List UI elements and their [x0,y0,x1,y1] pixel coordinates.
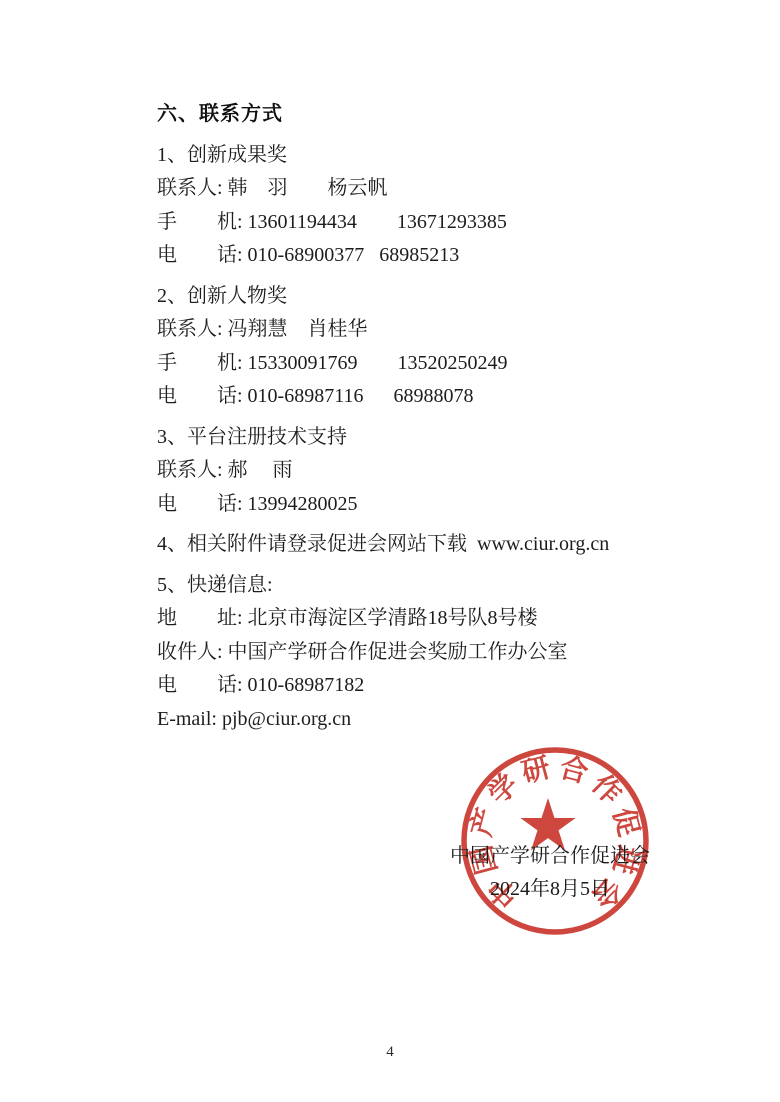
contact-section-1: 1、创新成果奖 联系人: 韩 羽 杨云帆 手 机: 13601194434 13… [157,139,697,273]
seal-star-icon [520,798,575,850]
contact-section-3: 3、平台注册技术支持 联系人: 郝 雨 电 话: 13994280025 [157,421,697,522]
contact-line: 联系人: 冯翔慧 肖桂华 [157,313,697,347]
contact-line: E-mail: pjb@ciur.org.cn [157,703,697,737]
section-title-with-url: 4、相关附件请登录促进会网站下载 www.ciur.org.cn [157,528,697,562]
contact-line: 收件人: 中国产学研合作促进会奖励工作办公室 [157,636,697,670]
official-seal: 中国产学研合作促进会 [448,733,662,949]
contact-section-5: 5、快递信息: 地 址: 北京市海淀区学清路18号队8号楼 收件人: 中国产学研… [157,569,697,737]
signature-date: 2024年8月5日 [430,877,670,901]
contact-line: 电 话: 010-68900377 68985213 [157,239,697,273]
section-title: 2、创新人物奖 [157,280,697,314]
contact-section-4: 4、相关附件请登录促进会网站下载 www.ciur.org.cn [157,528,697,562]
contact-line: 手 机: 13601194434 13671293385 [157,206,697,240]
contact-section-2: 2、创新人物奖 联系人: 冯翔慧 肖桂华 手 机: 15330091769 13… [157,280,697,414]
page-title: 六、联系方式 [157,98,697,132]
contact-line: 手 机: 15330091769 13520250249 [157,347,697,381]
section-title: 1、创新成果奖 [157,139,697,173]
contact-line: 联系人: 韩 羽 杨云帆 [157,172,697,206]
document-body: 六、联系方式 1、创新成果奖 联系人: 韩 羽 杨云帆 手 机: 1360119… [157,98,697,736]
section-title: 3、平台注册技术支持 [157,421,697,455]
contact-line: 电 话: 010-68987182 [157,669,697,703]
svg-text:学: 学 [482,768,524,810]
contact-line: 地 址: 北京市海淀区学清路18号队8号楼 [157,602,697,636]
signature-org-name: 中国产学研合作促进会 [430,844,670,868]
svg-text:作: 作 [585,768,627,810]
section-title: 5、快递信息: [157,569,697,603]
page-number: 4 [0,1044,780,1061]
contact-line: 联系人: 郝 雨 [157,454,697,488]
contact-line: 电 话: 010-68987116 68988078 [157,380,697,414]
contact-line: 电 话: 13994280025 [157,488,697,522]
document-page: 六、联系方式 1、创新成果奖 联系人: 韩 羽 杨云帆 手 机: 1360119… [0,0,780,1102]
